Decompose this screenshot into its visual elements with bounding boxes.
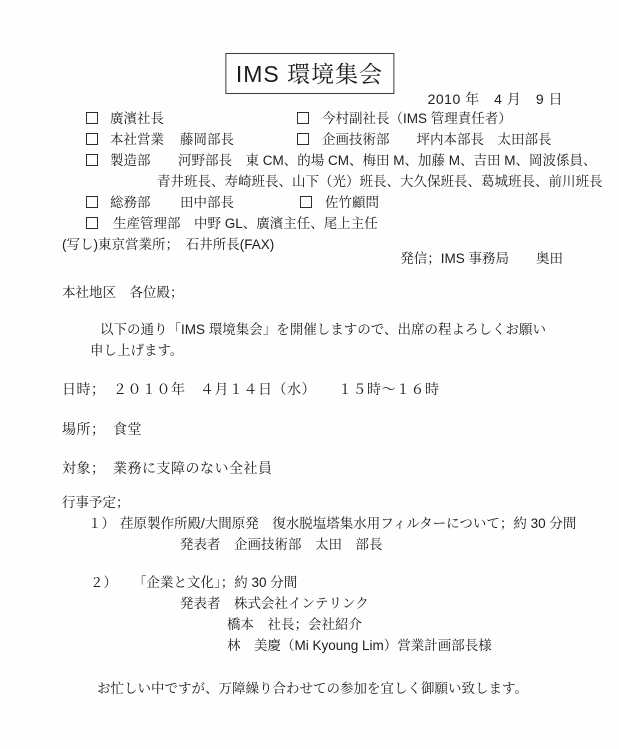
checkbox	[86, 196, 98, 208]
intro-line-2: 申し上げます。	[90, 342, 183, 362]
agenda-item-2-presenter: 発表者 株式会社インテリンク	[180, 595, 369, 615]
agenda-item-number: ２）	[90, 574, 117, 592]
agenda-item-2-person-2: 林 美慶（Mi Kyoung Lim）営業計画部長様	[227, 637, 492, 657]
agenda-item-text: 「企業と文化」；約 30 分間	[133, 574, 297, 592]
agenda-item-text: 荏原製作所殿/大間原発 復水脱塩塔集水用フィルターについて；約 30 分間	[120, 515, 576, 533]
agenda-item-1-presenter: 発表者 企画技術部 太田 部長	[180, 536, 383, 556]
recipient-name: 田中部長	[180, 194, 234, 212]
agenda-item-1: １） 荏原製作所殿/大間原発 復水脱塩塔集水用フィルターについて；約 30 分間	[0, 515, 619, 535]
recipient-row-1: 廣濱社長 今村副社長（IMS 管理責任者）	[0, 110, 619, 130]
recipient-row-5: 生産管理部 中野 GL、廣濱主任、尾上主任	[0, 215, 619, 235]
checkbox	[300, 196, 312, 208]
checkbox	[297, 133, 309, 145]
checkbox	[86, 154, 98, 166]
checkbox	[297, 112, 309, 124]
recipient-name: 藤岡部長	[180, 131, 234, 149]
recipient-dept: 製造部	[110, 152, 151, 170]
addressee-line: 本社地区 各位殿；	[62, 284, 184, 304]
recipient-name: 企画技術部 坪内本部長 太田部長	[322, 131, 552, 149]
recipient-row-4: 総務部 田中部長 佐竹顧問	[0, 194, 619, 214]
recipient-name: 河野部長 東 CM、的場 CM、梅田 M、加藤 M、吉田 M、岡波係員、	[178, 152, 596, 170]
document-title: IMS 環境集会	[225, 53, 394, 94]
checkbox	[86, 112, 98, 124]
scanned-memo-page: IMS 環境集会 2010 年 4 月 9 日 廣濱社長 今村副社長（IMS 管…	[0, 0, 619, 749]
recipient-row-3-continuation: 青井班長、寿崎班長、山下（光）班長、大久保班長、葛城班長、前川班長	[0, 173, 619, 193]
closing-line: お忙しい中ですが、万障繰り合わせての参加を宜しく御願い致します。	[97, 680, 528, 700]
checkbox	[86, 133, 98, 145]
agenda-item-2: ２） 「企業と文化」；約 30 分間	[0, 574, 619, 594]
recipient-name: 生産管理部 中野 GL、廣濱主任、尾上主任	[113, 215, 378, 233]
place-line: 場所； 食堂	[62, 420, 142, 440]
recipient-name: 今村副社長（IMS 管理責任者）	[322, 110, 512, 128]
recipient-name: 佐竹顧問	[325, 194, 379, 212]
datetime-line: 日時； ２０１０年 ４月１４日（水） １５時～１６時	[62, 380, 440, 400]
recipient-name: 青井班長、寿崎班長、山下（光）班長、大久保班長、葛城班長、前川班長	[157, 173, 603, 191]
agenda-item-2-person-1: 橋本 社長；会社紹介	[227, 616, 362, 636]
recipient-row-2: 本社営業 藤岡部長 企画技術部 坪内本部長 太田部長	[0, 131, 619, 151]
copy-recipient-line: (写し)東京営業所； 石井所長(FAX)	[62, 236, 274, 256]
checkbox	[86, 217, 98, 229]
recipient-dept: 総務部	[110, 194, 151, 212]
intro-line-1: 以下の通り「IMS 環境集会」を開催しますので、出席の程よろしくお願い	[100, 321, 546, 341]
target-line: 対象； 業務に支障のない全社員	[62, 459, 273, 479]
date-line: 2010 年 4 月 9 日	[428, 90, 563, 110]
recipient-dept: 本社営業	[110, 131, 164, 149]
recipient-name: 廣濱社長	[110, 110, 164, 128]
agenda-item-number: １）	[88, 515, 115, 533]
recipient-row-3: 製造部 河野部長 東 CM、的場 CM、梅田 M、加藤 M、吉田 M、岡波係員、	[0, 152, 619, 172]
agenda-heading: 行事予定；	[62, 494, 130, 514]
sender-line: 発信；IMS 事務局 奥田	[400, 250, 563, 270]
